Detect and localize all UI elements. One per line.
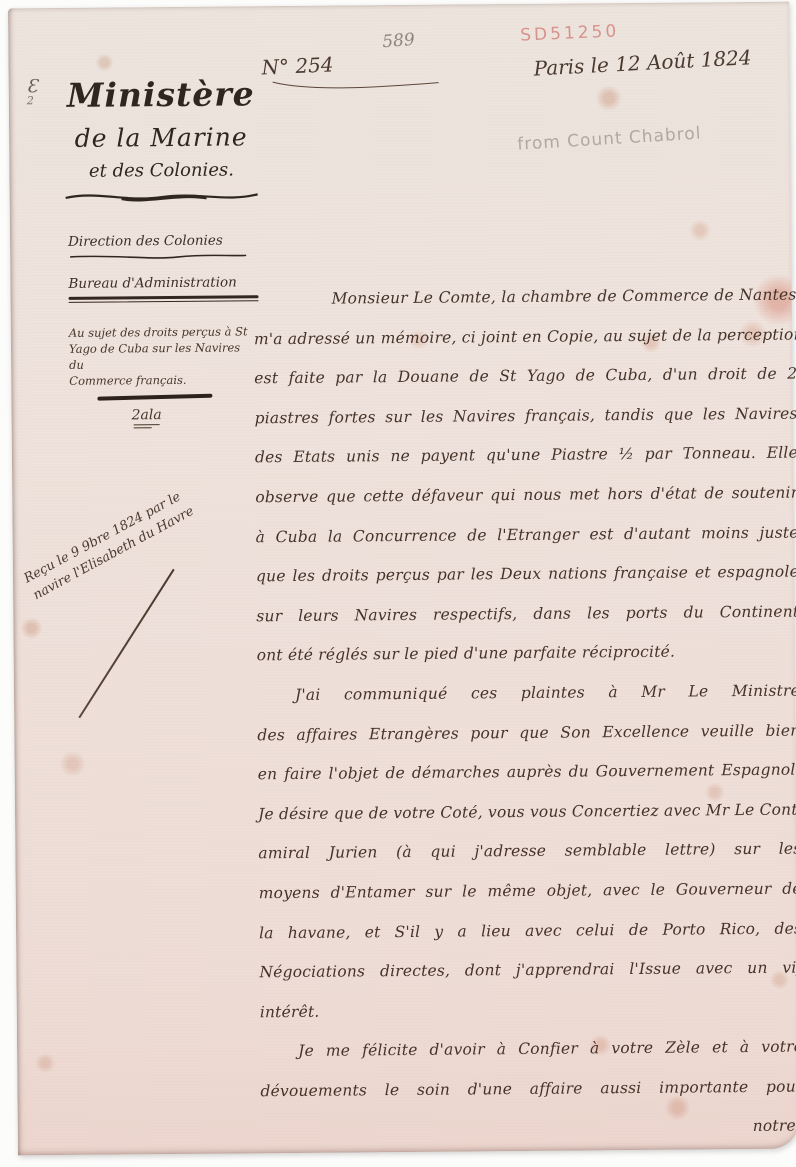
received-note-line1: Reçu le 9 9bre 1824 par le bbox=[21, 474, 210, 589]
body-line: Je me félicite d'avoir à Confier à votre… bbox=[260, 1028, 796, 1072]
body-line: Négociations directes, dont j'apprendrai… bbox=[259, 949, 796, 993]
body-line: Je désire que de votre Coté, vous vous C… bbox=[258, 790, 796, 834]
body-line: dévouements le soin d'une affaire aussi … bbox=[260, 1067, 796, 1111]
corner-mark: Ɛ 2 bbox=[27, 80, 38, 108]
catchword: notre bbox=[261, 1107, 796, 1151]
body-line: moyens d'Entamer sur le même objet, avec… bbox=[259, 869, 796, 913]
body-line: des affaires Etrangères pour que Son Exc… bbox=[257, 711, 796, 755]
paraph-underline bbox=[134, 424, 160, 425]
body-line: des Etats unis ne payent qu'une Piastre … bbox=[255, 434, 796, 478]
body-line: à Cuba la Concurrence de l'Etranger est … bbox=[255, 513, 796, 557]
ministry-letterhead: Ministère de la Marine et des Colonies. bbox=[61, 74, 262, 208]
pencil-folio-number: 589 bbox=[382, 30, 416, 52]
body-line: sur leurs Navires respectifs, dans les p… bbox=[256, 592, 796, 636]
body-line: ont été réglés sur le pied d'une parfait… bbox=[257, 632, 796, 676]
rule-flourish-icon bbox=[68, 252, 248, 262]
underline-flourish-icon bbox=[271, 77, 441, 92]
body-line: Monsieur Le Comte, la chambre de Commerc… bbox=[253, 276, 796, 320]
received-note: Reçu le 9 9bre 1824 par le navire l'Elis… bbox=[21, 474, 226, 618]
swash-flourish-icon bbox=[62, 186, 262, 208]
pencil-sender-note: from Count Chabrol bbox=[517, 124, 702, 155]
body-line: intérêt. bbox=[260, 988, 796, 1032]
body-line: est faite par la Douane de St Yago de Cu… bbox=[254, 355, 796, 399]
body-line: en faire l'objet de démarches auprès du … bbox=[258, 751, 796, 795]
direction-label: Direction des Colonies bbox=[68, 232, 258, 250]
margin-admin-block: Direction des Colonies Bureau d'Administ… bbox=[68, 232, 260, 429]
letterhead-line2: de la Marine bbox=[61, 122, 261, 153]
body-line: piastres fortes sur les Navires français… bbox=[254, 394, 796, 438]
received-note-line2: navire l'Elisabeth du Havre bbox=[30, 490, 219, 605]
paraph-mark: 2ala bbox=[131, 406, 259, 423]
document-number: N° 254 bbox=[261, 52, 334, 79]
subject-line3: Commerce français. bbox=[69, 371, 254, 389]
body-line: observe que cette défaveur qui nous met … bbox=[255, 474, 796, 518]
letterhead-line3: et des Colonies. bbox=[61, 159, 261, 182]
dateline: Paris le 12 Août 1824 bbox=[533, 45, 752, 80]
letterhead-line1: Ministère bbox=[61, 74, 261, 115]
body-line: amiral Jurien (à qui j'adresse semblable… bbox=[258, 830, 796, 874]
subject-underline bbox=[97, 393, 212, 400]
subject-note: Au sujet des droits perçus à St Yago de … bbox=[69, 323, 255, 389]
body-line: m'a adressé un mémoire, ci joint en Copi… bbox=[254, 315, 796, 359]
subject-line2: Yago de Cuba sur les Navires du bbox=[69, 339, 254, 373]
body-line: J'ai communiqué ces plaintes à Mr Le Min… bbox=[257, 671, 796, 715]
body-line: la havane, et S'il y a lieu avec celui d… bbox=[259, 909, 796, 953]
double-rule bbox=[69, 295, 259, 302]
bureau-label: Bureau d'Administration bbox=[68, 274, 258, 292]
body-line: que les droits perçus par les Deux natio… bbox=[256, 553, 796, 597]
subject-line1: Au sujet des droits perçus à St bbox=[69, 323, 254, 341]
paraph-underline-2 bbox=[134, 427, 152, 428]
letter-sheet: Ɛ 2 Ministère de la Marine et des Coloni… bbox=[8, 2, 796, 1156]
letter-body: Monsieur Le Comte, la chambre de Commerc… bbox=[253, 276, 796, 1152]
catalog-code-stamp: SD51250 bbox=[520, 21, 620, 45]
corner-mark-letter: Ɛ bbox=[27, 80, 38, 94]
